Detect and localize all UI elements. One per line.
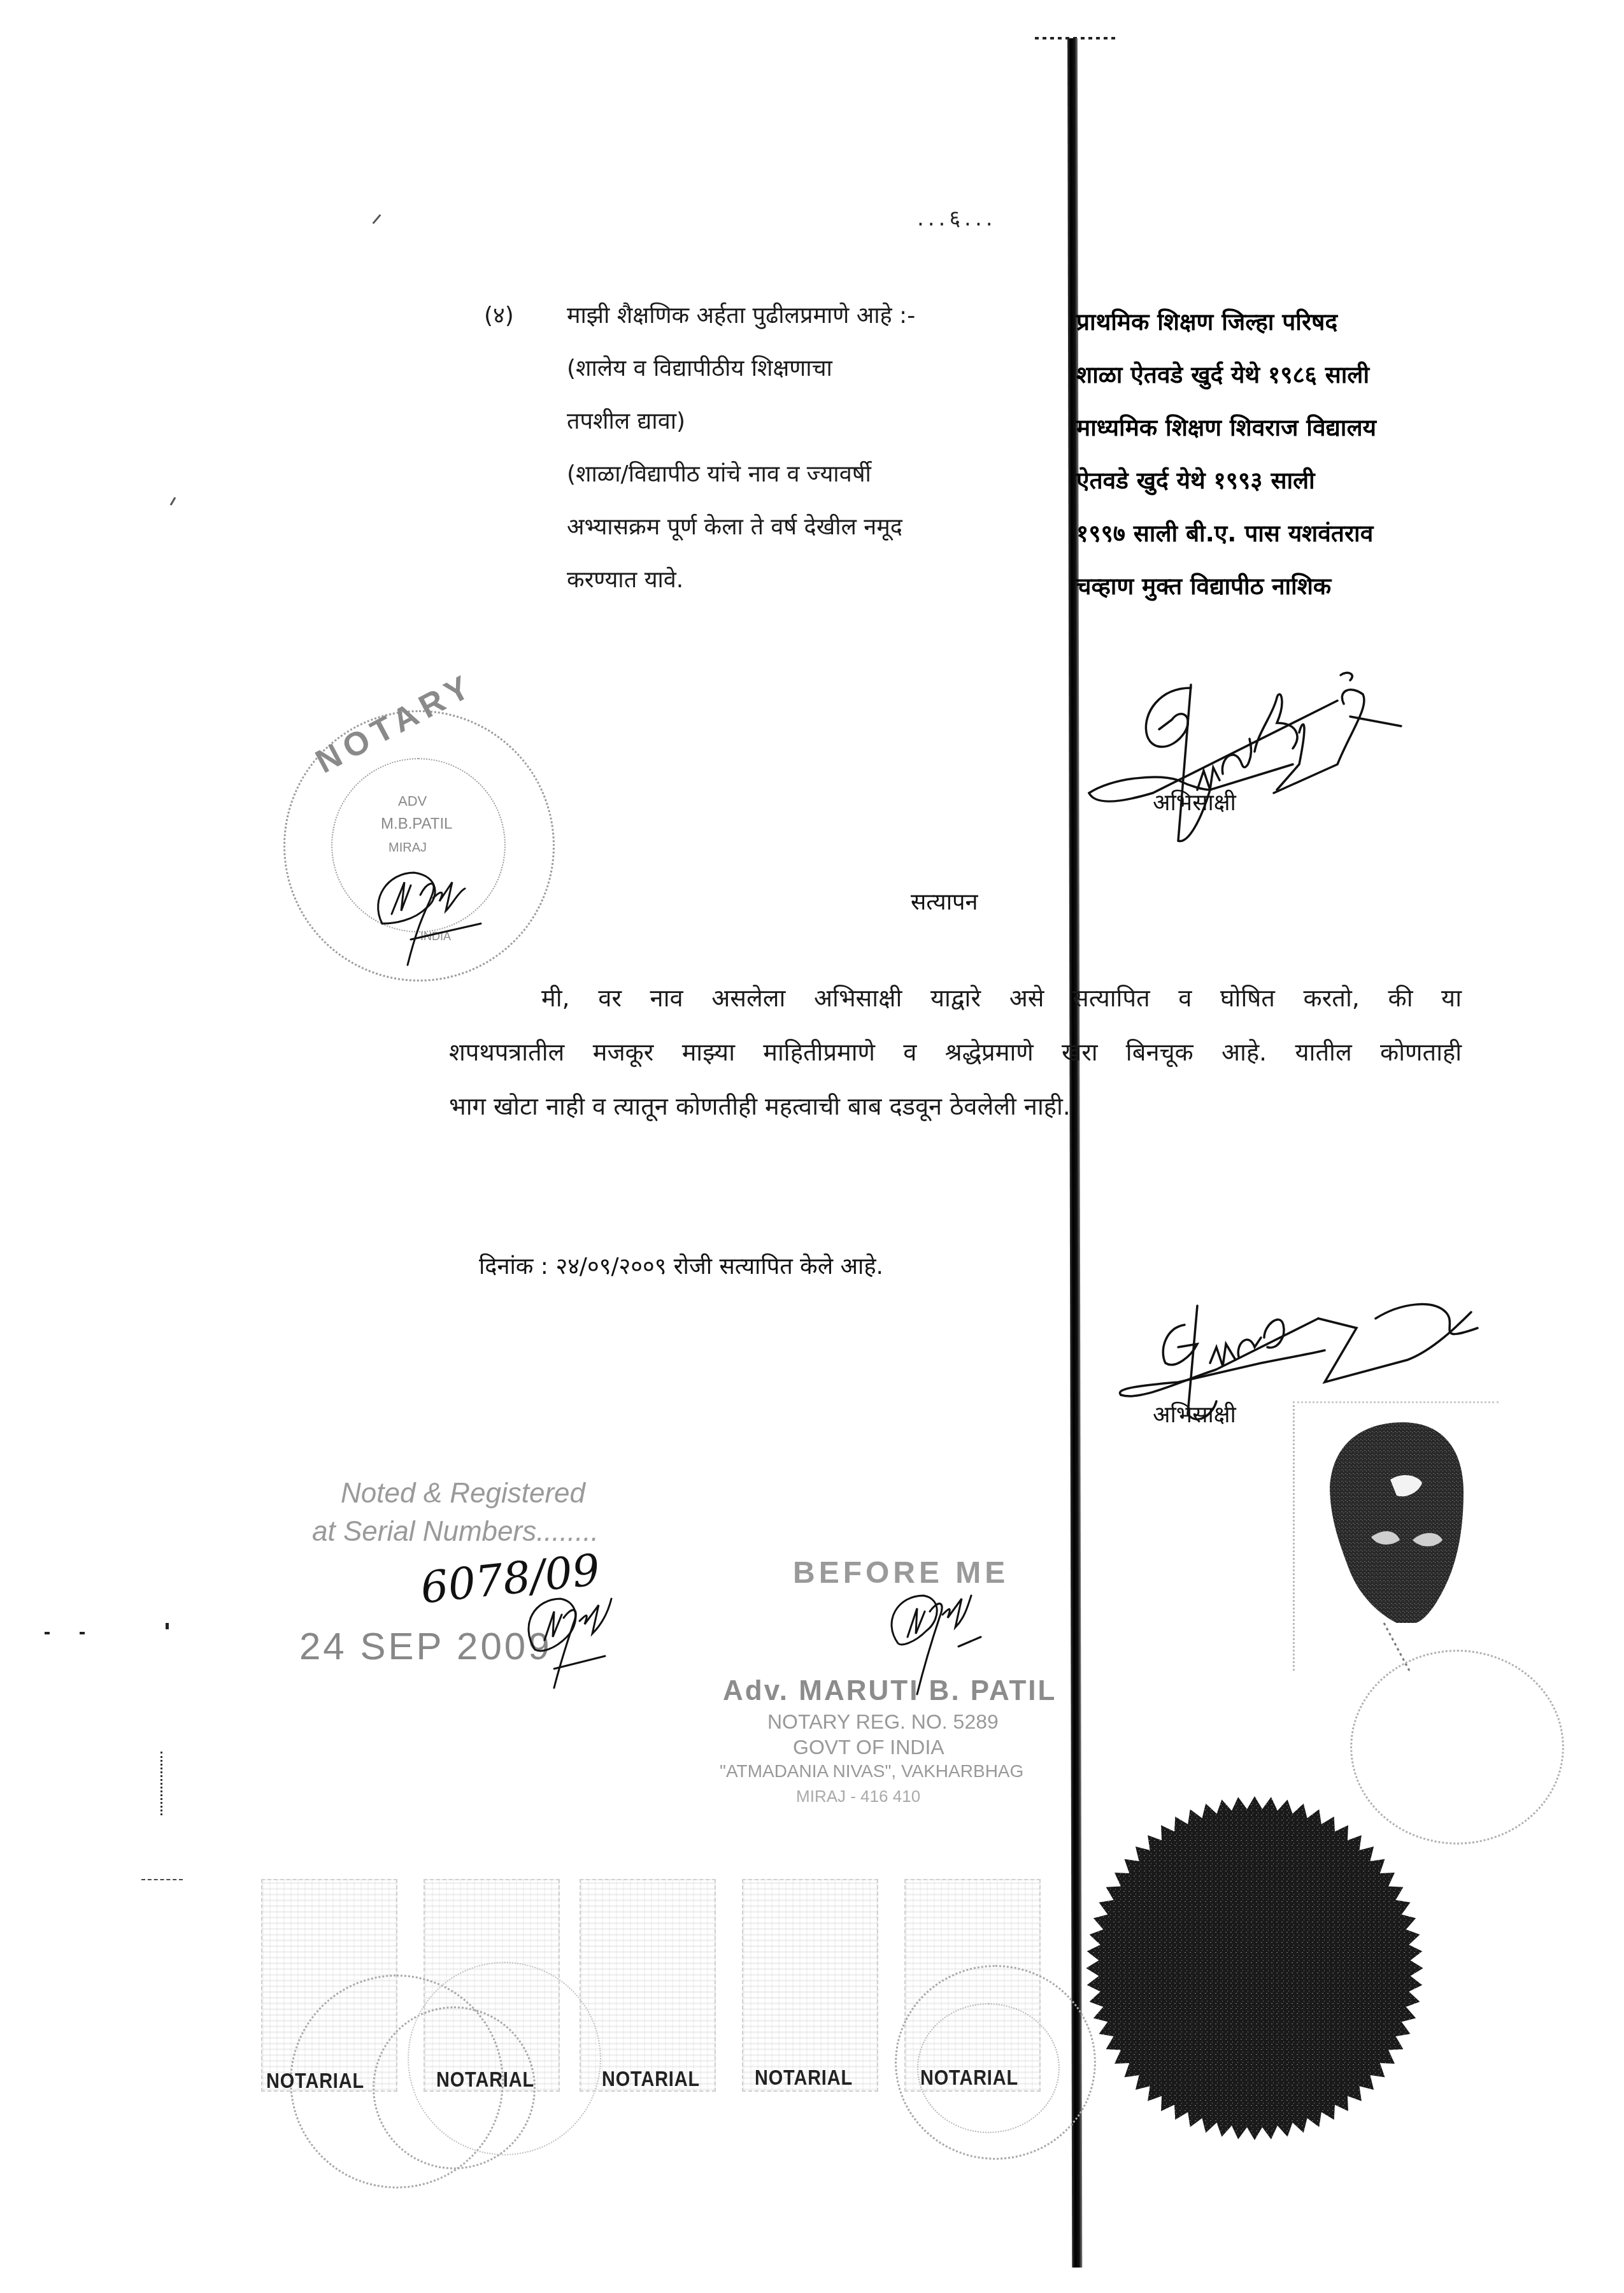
verification-line: मी, वर नाव असलेला अभिसाक्षी याद्वारे असे…: [449, 971, 1462, 1025]
item-number: (४): [484, 304, 514, 327]
registration-stamp-line: Noted & Registered: [341, 1478, 585, 1510]
verification-date-line: दिनांक : २४/०९/२००९ रोजी सत्यापित केले आ…: [479, 1250, 883, 1281]
qualification-prompt-line: (शालेय व विद्यापीठीय शिक्षणाचा: [567, 357, 832, 380]
scan-mark: [166, 1623, 169, 1629]
notary-stamp-header: BEFORE ME: [793, 1555, 1009, 1590]
qualification-prompt-line: माझी शैक्षणिक अर्हता पुढीलप्रमाणे आहे :-: [567, 304, 915, 327]
registration-signature: [509, 1586, 637, 1701]
deponent-label: अभिसाक्षी: [1153, 786, 1236, 817]
notarial-label: NOTARIAL: [755, 2066, 853, 2090]
notarial-label: NOTARIAL: [266, 2069, 364, 2094]
deponent-label: अभिसाक्षी: [1153, 1398, 1236, 1429]
embossed-notary-seal: [1076, 1758, 1433, 2166]
notarial-label: NOTARIAL: [602, 2067, 700, 2092]
qualification-answer-line: १९९७ साली बी.ए. पास यशवंतराव: [1076, 516, 1373, 548]
notary-round-stamp-line: ADV: [398, 793, 427, 810]
qualification-answer-line: माध्यमिक शिक्षण शिवराज विद्यालय: [1076, 410, 1376, 443]
notarial-ticket: [742, 1879, 878, 2092]
qualification-prompt-line: अभ्यासक्रम पूर्ण केला ते वर्ष देखील नमूद: [567, 516, 902, 539]
notary-round-stamp-overprint: [408, 1962, 601, 2155]
qualification-answer-line: शाळा ऐतवडे खुर्द येथे १९८६ साली: [1076, 357, 1369, 390]
notary-initials-signature: [357, 860, 522, 975]
registration-stamp-line: at Serial Numbers........: [312, 1516, 599, 1548]
deponent-signature: [1083, 662, 1439, 854]
scan-mark: [170, 497, 176, 506]
notary-name: Adv. MARUTI B. PATIL: [723, 1675, 1057, 1707]
qualification-prompt-line: तपशील द्यावा): [567, 410, 685, 433]
verification-line: शपथपत्रातील मजकूर माझ्या माहितीप्रमाणे व…: [449, 1025, 1462, 1080]
qualification-answer-line: चव्हाण मुक्त विद्यापीठ नाशिक: [1076, 569, 1331, 601]
verification-paragraph: मी, वर नाव असलेला अभिसाक्षी याद्वारे असे…: [449, 971, 1462, 1134]
notary-reg-no: NOTARY REG. NO. 5289: [767, 1710, 999, 1734]
verification-line: भाग खोटा नाही व त्यातून कोणतीही महत्वाची…: [449, 1080, 1462, 1134]
scan-mark: [160, 1752, 165, 1815]
notary-round-stamp-line: M.B.PATIL: [381, 815, 452, 833]
scan-mark: [80, 1632, 85, 1634]
notary-govt: GOVT OF INDIA: [793, 1736, 944, 1759]
scan-mark: [45, 1632, 50, 1634]
page-number: ...६...: [917, 203, 997, 232]
scan-mark: [373, 214, 381, 224]
deponent-photo: [1293, 1401, 1499, 1671]
notarial-label: NOTARIAL: [920, 2066, 1018, 2090]
verification-heading: सत्यापन: [911, 885, 978, 917]
notary-address: "ATMADANIA NIVAS", VAKHARBHAG: [720, 1761, 1023, 1782]
portrait-image: [1295, 1403, 1499, 1671]
notary-round-stamp-line: MIRAJ: [388, 841, 427, 855]
qualification-answer-line: प्राथमिक शिक्षण जिल्हा परिषद: [1076, 304, 1337, 337]
scan-mark: [141, 1879, 183, 1882]
qualification-answer-line: ऐतवडे खुर्द येथे १९९३ साली: [1076, 463, 1315, 496]
qualification-prompt-line: (शाळा/विद्यापीठ यांचे नाव व ज्यावर्षी: [567, 463, 871, 486]
notarial-label: NOTARIAL: [436, 2068, 534, 2092]
qualification-prompt-line: करण्यात यावे.: [567, 569, 683, 592]
notary-city: MIRAJ - 416 410: [796, 1787, 920, 1806]
